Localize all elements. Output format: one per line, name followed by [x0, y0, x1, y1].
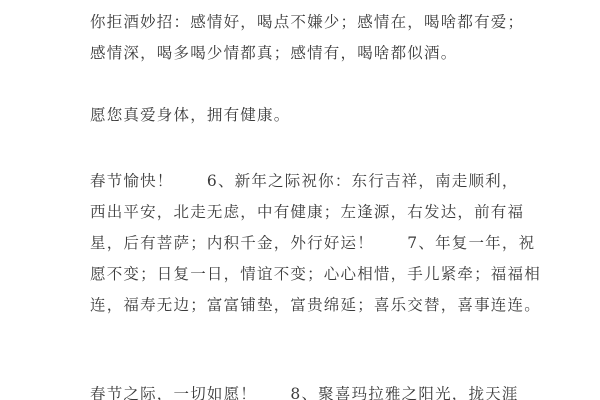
text-line: 春节之际，一切如愿！ 8、聚喜玛拉雅之阳光，拢天涯	[90, 384, 520, 400]
text-line: 星，后有菩萨；内积千金，外行好运！ 7、年复一年，祝	[90, 233, 520, 253]
text-line: 春节愉快！ 6、新年之际祝你：东行吉祥，南走顺利，	[90, 171, 520, 191]
text-line: 连，福寿无边；富富铺垫，富贵绵延；喜乐交替，喜事连连。	[90, 295, 520, 315]
document-page: 你拒酒妙招：感情好，喝点不嫌少；感情在，喝啥都有爱； 感情深，喝多喝少情都真；感…	[0, 0, 600, 400]
text-line: 感情深，喝多喝少情都真；感情有，喝啥都似酒。	[90, 43, 520, 63]
text-line: 愿您真爱身体，拥有健康。	[90, 105, 520, 125]
text-line: 愿不变；日复一日，情谊不变；心心相惜，手儿紧牵；福福相	[90, 264, 520, 284]
text-line: 你拒酒妙招：感情好，喝点不嫌少；感情在，喝啥都有爱；	[90, 12, 520, 32]
text-line: 西出平安，北走无虑，中有健康；左逢源，右发达，前有福	[90, 202, 520, 222]
